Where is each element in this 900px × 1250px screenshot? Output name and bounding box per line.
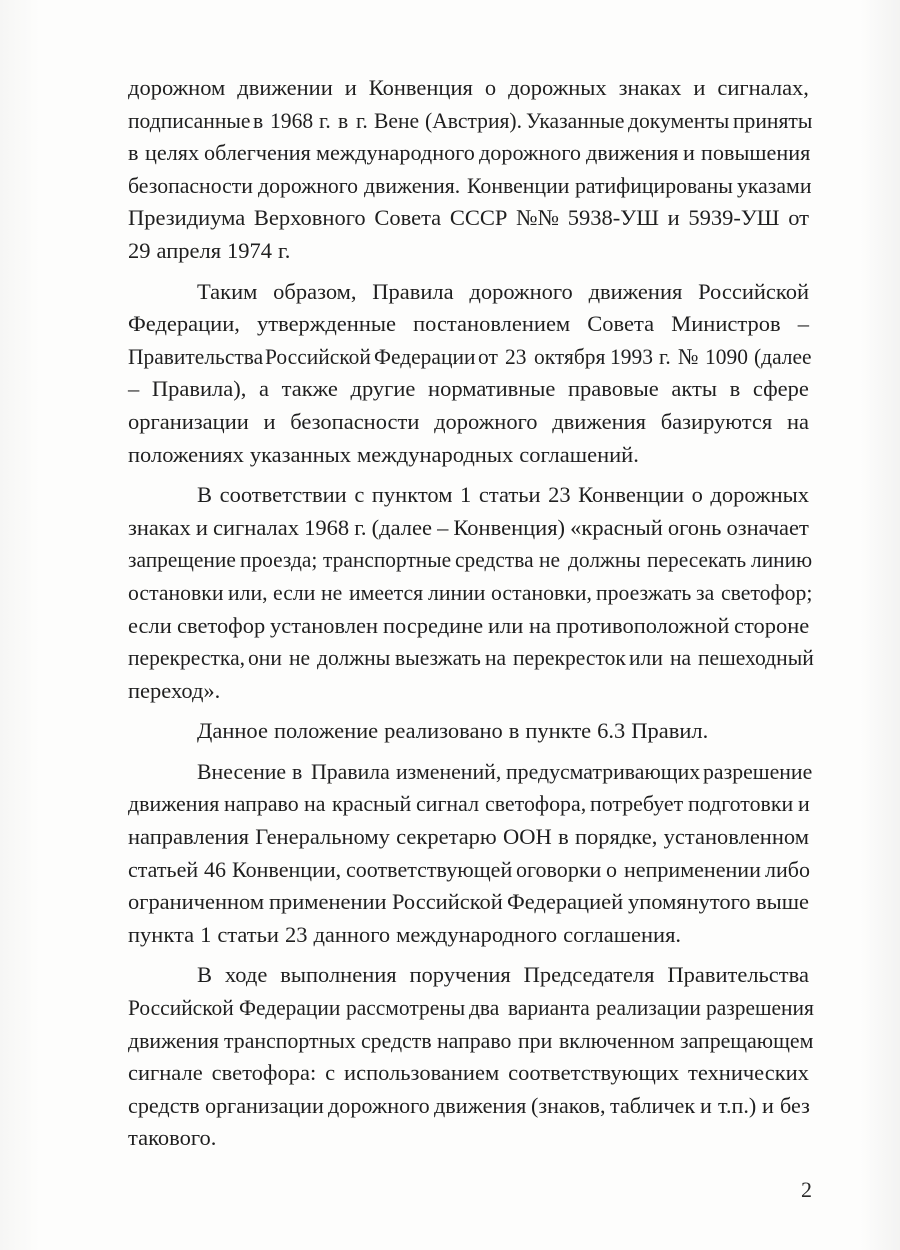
word: и <box>668 202 680 235</box>
word: целях <box>145 137 198 170</box>
word: ограниченном <box>128 886 264 919</box>
document-body: дорожномдвижениииКонвенцияодорожныхзнака… <box>128 72 809 1163</box>
word: постановлением <box>413 308 570 341</box>
word: г. <box>659 341 670 374</box>
word: не <box>289 642 308 675</box>
word: данного <box>313 919 390 952</box>
word: такового. <box>128 1122 216 1155</box>
text-line: РоссийскойФедерациирассмотреныдвавариант… <box>128 992 809 1025</box>
word: пешеходный <box>698 642 805 675</box>
word: 1968 <box>304 512 349 545</box>
word: потребует <box>590 788 678 821</box>
word: перекресток <box>513 642 617 675</box>
word: средств <box>361 1025 427 1058</box>
word: 1968 <box>270 105 310 138</box>
word: Российской <box>698 276 809 309</box>
word: статьи <box>479 479 541 512</box>
text-line: переход». <box>128 675 809 708</box>
word: утвержденные <box>257 308 396 341</box>
word: Правительства <box>667 959 809 992</box>
word: 1 <box>460 479 471 512</box>
word: г. <box>354 512 366 545</box>
page-number: 2 <box>801 1178 812 1202</box>
word: реализовано <box>384 715 503 748</box>
word: международного <box>396 919 557 952</box>
word: сигнале <box>128 1057 203 1090</box>
word: применении <box>269 886 386 919</box>
word: остановки, <box>491 577 585 610</box>
word: о <box>485 72 496 105</box>
word: без <box>780 1090 809 1123</box>
text-line: дорожномдвижениииКонвенцияодорожныхзнака… <box>128 72 809 105</box>
word: соглашения. <box>563 919 681 952</box>
text-line: запрещениепроезда;транспортныесредстване… <box>128 544 809 577</box>
word: 6.3 <box>597 715 625 748</box>
word: табличек <box>610 1090 692 1123</box>
word: варианта <box>508 992 582 1025</box>
word: г. <box>319 105 330 138</box>
word: в <box>730 373 741 406</box>
text-line: безопасностидорожногодвижения.Конвенциир… <box>128 170 809 203</box>
word: порядке, <box>575 821 657 854</box>
word: 1090 <box>705 341 744 374</box>
word: оговорки <box>516 854 598 887</box>
word: и <box>762 1090 773 1123</box>
word: Данное <box>197 715 268 748</box>
word: выполнения <box>280 959 396 992</box>
paragraph: ВходевыполненияпорученияПредседателяПрав… <box>128 959 809 1155</box>
word: другие <box>351 373 416 406</box>
word: запрещение <box>128 544 226 577</box>
word: в <box>128 137 138 170</box>
word: базируются <box>661 406 773 439</box>
word: сигнал <box>416 788 476 821</box>
word: ходе <box>225 959 267 992</box>
word: Федерацией <box>507 886 623 919</box>
word: средств <box>128 1090 197 1123</box>
word: Конвенции, <box>232 854 337 887</box>
word: разрешение <box>703 756 806 789</box>
word: движения <box>589 276 683 309</box>
word: Конвенции <box>578 479 684 512</box>
word: движения. <box>364 170 454 203</box>
word: если <box>128 610 172 643</box>
text-line: еслисветофорустановленпосрединеилинапрот… <box>128 610 809 643</box>
word: повышения <box>701 137 807 170</box>
text-line: пункта1статьи23данногомеждународногосогл… <box>128 919 809 952</box>
word: остановки <box>128 577 217 610</box>
word: «красный <box>570 512 663 545</box>
word: не <box>539 544 558 577</box>
word: В <box>197 479 212 512</box>
word: или <box>488 610 523 643</box>
word: Федерации <box>239 992 331 1025</box>
word: также <box>282 373 338 406</box>
text-line: подписанныев1968г.вг.Вене(Австрия).Указа… <box>128 105 809 138</box>
word: противоположной <box>556 610 729 643</box>
word: светофор <box>177 610 265 643</box>
word: они <box>248 642 279 675</box>
word: 5938-УШ <box>568 202 659 235</box>
word: красный <box>332 788 407 821</box>
word: движения <box>586 137 676 170</box>
word: два <box>469 992 497 1025</box>
word: Конвенции <box>467 170 563 203</box>
word: Указанные <box>526 105 617 138</box>
word: неприменении <box>624 854 755 887</box>
text-line: –Правила),атакжедругиенормативныеправовы… <box>128 373 809 406</box>
word: пересекать <box>647 544 737 577</box>
word: в <box>338 105 347 138</box>
word: посредине <box>383 610 483 643</box>
word: сигналах, <box>717 72 809 105</box>
word: светофора, <box>485 788 581 821</box>
word: поручения <box>410 959 511 992</box>
word: образом, <box>273 276 356 309</box>
word: и <box>798 788 809 821</box>
word: движения <box>128 1025 214 1058</box>
word: г. <box>356 105 367 138</box>
word: соответствующей <box>346 854 506 887</box>
word: выезжать <box>395 642 474 675</box>
word: направо <box>224 788 295 821</box>
text-line: знакахисигналах1968г.(далее–Конвенция)«к… <box>128 512 809 545</box>
word: имеется <box>349 577 418 610</box>
word: 23 <box>548 479 571 512</box>
word: движении <box>237 72 332 105</box>
word: дорожного <box>469 276 572 309</box>
word: № <box>678 341 697 374</box>
word: дорожного <box>479 137 578 170</box>
word: акты <box>671 373 717 406</box>
word: транспортных <box>224 1025 348 1058</box>
word: на <box>485 642 504 675</box>
word: не <box>321 577 341 610</box>
text-line: положенияхуказанныхмеждународныхсоглашен… <box>128 439 809 472</box>
word: 5939-УШ <box>688 202 779 235</box>
word: Правила), <box>152 373 246 406</box>
word: Российской <box>128 992 224 1025</box>
word: знаках <box>128 512 191 545</box>
word: 23 <box>505 341 525 374</box>
word: (далее <box>754 341 806 374</box>
word: светофора: <box>212 1057 317 1090</box>
word: на <box>787 406 809 439</box>
word: подготовки <box>688 788 788 821</box>
word: в <box>253 105 262 138</box>
text-line: остановкиили,еслинеимеетсялинииостановки… <box>128 577 809 610</box>
word: дорожного <box>434 406 537 439</box>
word: в <box>292 756 302 789</box>
word: Генеральному <box>255 821 390 854</box>
word: движения <box>552 406 646 439</box>
word: и <box>693 72 705 105</box>
word: должны <box>568 544 634 577</box>
word: облегчения <box>204 137 308 170</box>
paragraph: Такимобразом,ПравиладорожногодвиженияРос… <box>128 276 809 472</box>
word: проезжать <box>596 577 685 610</box>
word: Федерации <box>374 341 466 374</box>
text-line: Такимобразом,ПравиладорожногодвиженияРос… <box>128 276 809 309</box>
word: означает <box>726 512 808 545</box>
word: направления <box>128 821 249 854</box>
paragraph: дорожномдвижениииКонвенцияодорожныхзнака… <box>128 72 809 268</box>
text-line: такового. <box>128 1122 809 1155</box>
word: линии <box>428 577 482 610</box>
word: Министров <box>671 308 780 341</box>
word: безопасности <box>128 170 245 203</box>
word: Таким <box>197 276 257 309</box>
word: и <box>345 72 357 105</box>
word: организации <box>205 1090 320 1123</box>
word: приняты <box>733 105 806 138</box>
word: линию <box>751 544 806 577</box>
word: сфере <box>753 373 809 406</box>
word: Правительства <box>128 341 251 374</box>
word: нормативные <box>428 373 555 406</box>
word: или <box>629 642 660 675</box>
word: стороне <box>734 610 809 643</box>
word: технических <box>688 1057 809 1090</box>
word: секретарю <box>396 821 497 854</box>
word: и <box>196 512 208 545</box>
word: движения <box>434 1090 523 1123</box>
word: Российской <box>392 886 502 919</box>
word: реализации <box>596 992 691 1025</box>
word: если <box>273 577 313 610</box>
text-line: средстворганизациидорожногодвижения(знак… <box>128 1090 809 1123</box>
word: международного <box>316 137 471 170</box>
word: 1 <box>200 919 211 952</box>
word: включенном <box>559 1025 668 1058</box>
text-line: статьей46Конвенции,соответствующейоговор… <box>128 854 809 887</box>
word: положение <box>274 715 378 748</box>
word: дорожного <box>258 170 352 203</box>
word: на <box>670 642 689 675</box>
word: 23 <box>285 919 308 952</box>
word: установлен <box>270 610 378 643</box>
paragraph: Данноеположениереализовановпункте6.3Прав… <box>128 715 809 748</box>
word: дорожных <box>710 479 809 512</box>
word: Вене <box>374 105 416 138</box>
word: документы <box>628 105 721 138</box>
word: в <box>509 715 520 748</box>
word: (знаков, <box>531 1090 603 1123</box>
word: и <box>264 406 276 439</box>
word: Верховного <box>254 202 366 235</box>
word: средства <box>455 544 526 577</box>
word: с <box>325 1057 335 1090</box>
word: Председателя <box>524 959 655 992</box>
word: (Австрия). <box>425 105 514 138</box>
word: 1974 <box>227 235 272 268</box>
paragraph: ВнесениевПравилаизменений,предусматриваю… <box>128 756 809 952</box>
word: и <box>683 137 695 170</box>
word: за <box>696 577 713 610</box>
word: подписанные <box>128 105 241 138</box>
word: 1993 <box>610 341 649 374</box>
word: при <box>518 1025 550 1058</box>
word: 29 <box>128 235 151 268</box>
word: должны <box>317 642 384 675</box>
word: Федерации, <box>128 308 240 341</box>
text-line: сигналесветофора:сиспользованиемсоответс… <box>128 1057 809 1090</box>
word: установленном <box>664 821 809 854</box>
word: СССР <box>450 202 508 235</box>
word: соглашений. <box>519 439 639 472</box>
word: Президиума <box>128 202 245 235</box>
word: знаках <box>619 72 682 105</box>
word: дорожном <box>128 72 225 105</box>
word: – <box>128 373 139 406</box>
word: 46 <box>204 854 225 887</box>
word: – <box>437 512 448 545</box>
word: использованием <box>344 1057 499 1090</box>
word: октября <box>534 341 599 374</box>
word: дорожных <box>508 72 607 105</box>
paragraph: Всоответствииспунктом1статьи23Конвенциио… <box>128 479 809 707</box>
word: от <box>478 341 496 374</box>
text-line: 29апреля1974г. <box>128 235 809 268</box>
word: на <box>304 788 324 821</box>
word: Правила <box>372 276 453 309</box>
word: выше <box>756 886 809 919</box>
text-line: Всоответствииспунктом1статьи23Конвенциио… <box>128 479 809 512</box>
word: пунктом <box>372 479 453 512</box>
text-line: организацииибезопасностидорожногодвижени… <box>128 406 809 439</box>
word: статьей <box>128 854 195 887</box>
word: правовые <box>568 373 659 406</box>
word: сигналах <box>213 512 299 545</box>
word: (далее <box>372 512 432 545</box>
text-line: направленияГенеральномусекретарюООНвпоря… <box>128 821 809 854</box>
word: светофор; <box>721 577 806 610</box>
word: транспортные <box>323 544 439 577</box>
text-line: ВходевыполненияпорученияПредседателяПрав… <box>128 959 809 992</box>
word: от <box>788 202 809 235</box>
word: Конвенция) <box>453 512 565 545</box>
document-page: дорожномдвижениииКонвенцияодорожныхзнака… <box>0 0 900 1250</box>
word: или, <box>228 577 265 610</box>
text-line: ограниченномпримененииРоссийскойФедераци… <box>128 886 809 919</box>
text-line: Федерации,утвержденныепостановлениемСове… <box>128 308 809 341</box>
word: перекрестка, <box>128 642 236 675</box>
word: г. <box>278 235 290 268</box>
word: положениях <box>128 439 244 472</box>
word: проезда; <box>240 544 310 577</box>
word: и <box>700 1090 711 1123</box>
word: безопасности <box>290 406 419 439</box>
text-line: ВнесениевПравилаизменений,предусматриваю… <box>128 756 809 789</box>
word: указами <box>737 170 807 203</box>
word: огонь <box>668 512 721 545</box>
word: упомянутого <box>628 886 750 919</box>
word: т.п.) <box>718 1090 755 1123</box>
word: направо <box>437 1025 507 1058</box>
word: статьи <box>217 919 279 952</box>
word: переход». <box>128 675 220 708</box>
word: пункте <box>525 715 591 748</box>
word: организации <box>128 406 249 439</box>
word: Внесение <box>197 756 281 789</box>
text-line: движениятранспортныхсредствнаправопривкл… <box>128 1025 809 1058</box>
text-line: ПрезидиумаВерховногоСоветаСССР№№5938-УШи… <box>128 202 809 235</box>
word: предусматривающих <box>506 756 688 789</box>
text-line: движениянаправонакрасныйсигналсветофора,… <box>128 788 809 821</box>
word: В <box>197 959 212 992</box>
word: дорожного <box>328 1090 427 1123</box>
word: а <box>259 373 269 406</box>
text-line: перекрестка,онинедолжнывыезжатьнаперекре… <box>128 642 809 675</box>
word: ратифицированы <box>575 170 723 203</box>
word: рассмотрены <box>346 992 454 1025</box>
word: либо <box>765 854 808 887</box>
word: Совета <box>587 308 654 341</box>
word: Российской <box>265 341 361 374</box>
word: международных <box>357 439 513 472</box>
word: Правил. <box>631 715 708 748</box>
word: №№ <box>516 202 559 235</box>
word: в <box>558 821 569 854</box>
word: ООН <box>503 821 552 854</box>
word: Правила <box>311 756 385 789</box>
word: – <box>798 308 809 341</box>
word: запрещающем <box>680 1025 805 1058</box>
word: разрешения <box>706 992 804 1025</box>
word: движения <box>128 788 215 821</box>
word: апреля <box>157 235 222 268</box>
word: с <box>354 479 364 512</box>
word: о <box>606 854 617 887</box>
word: соответствующих <box>508 1057 679 1090</box>
word: соответствии <box>220 479 347 512</box>
text-line: вцеляхоблегчениямеждународногодорожногод… <box>128 137 809 170</box>
word: Совета <box>374 202 441 235</box>
word: Конвенция <box>369 72 473 105</box>
word: изменений, <box>396 756 495 789</box>
text-line: ПравительстваРоссийскойФедерацииот23октя… <box>128 341 809 374</box>
word: на <box>529 610 551 643</box>
word: пункта <box>128 919 194 952</box>
text-line: Данноеположениереализовановпункте6.3Прав… <box>128 715 809 748</box>
word: указанных <box>250 439 351 472</box>
word: о <box>692 479 703 512</box>
